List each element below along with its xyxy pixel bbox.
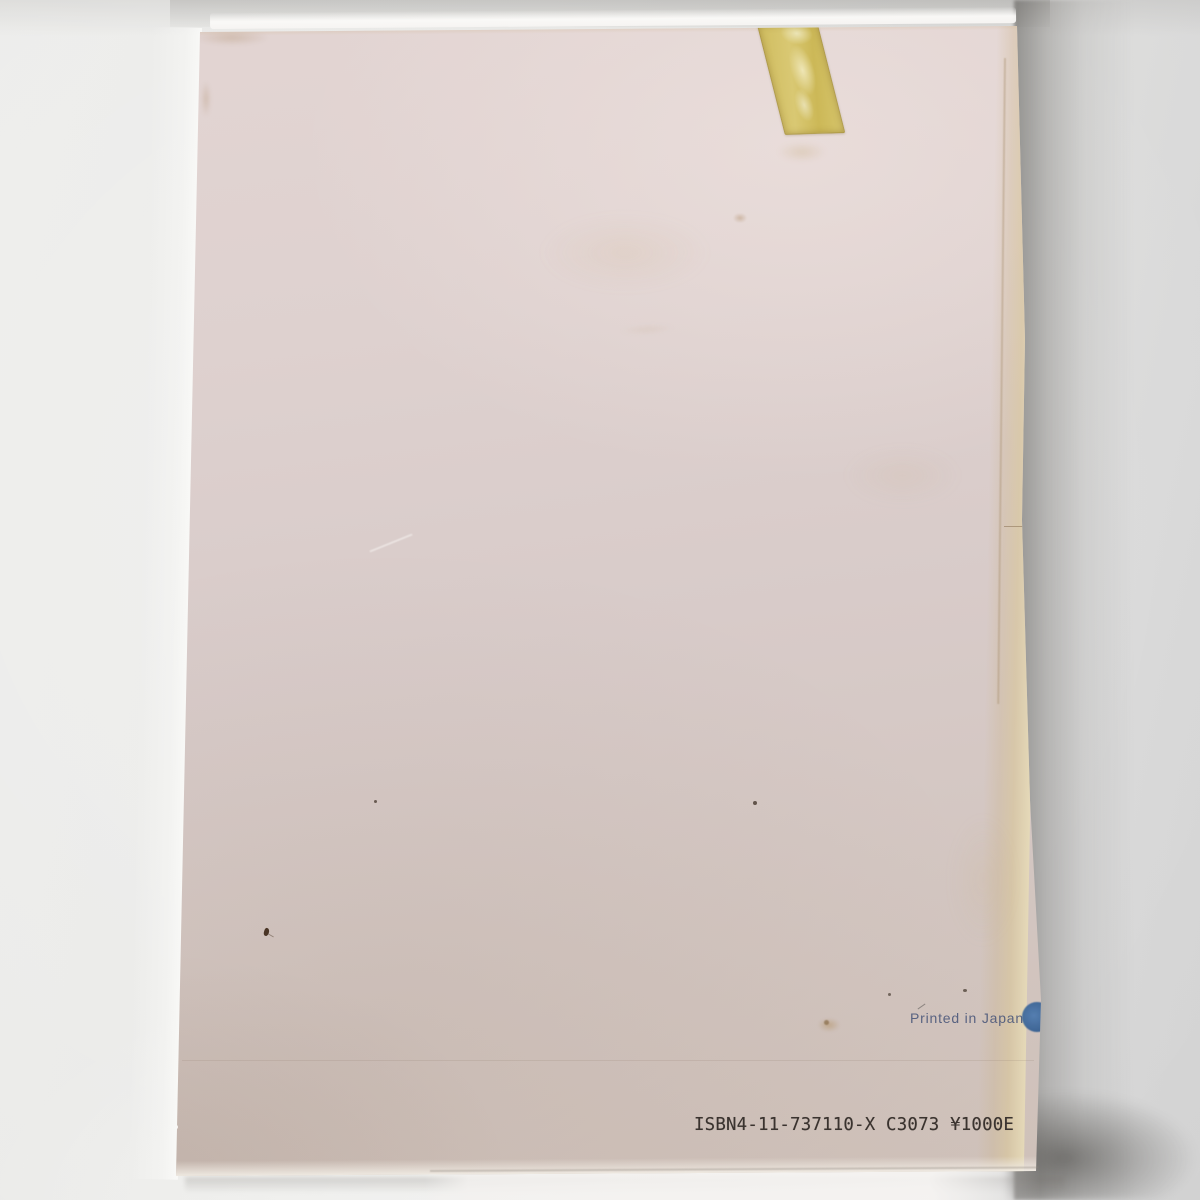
isbn-price-line: ISBN4-11-737110-X C3073 ¥1000E bbox=[694, 1115, 1014, 1135]
corner-stain bbox=[201, 82, 211, 116]
stain bbox=[818, 1018, 840, 1032]
photo-scene: Printed in Japan ISBN4-11-737110-X C3073… bbox=[0, 0, 1200, 1200]
stain bbox=[778, 142, 826, 162]
printed-in-japan-label: Printed in Japan bbox=[910, 1010, 1024, 1026]
stain bbox=[824, 1020, 829, 1025]
corner-stain bbox=[196, 30, 268, 45]
faint-horizontal-crease bbox=[182, 1060, 1034, 1061]
stain bbox=[845, 448, 960, 503]
stain bbox=[952, 815, 1014, 945]
speck bbox=[753, 801, 757, 805]
stain bbox=[733, 213, 747, 223]
stain bbox=[540, 215, 710, 290]
speck bbox=[888, 993, 891, 996]
speck bbox=[963, 989, 967, 992]
speck bbox=[374, 800, 377, 803]
